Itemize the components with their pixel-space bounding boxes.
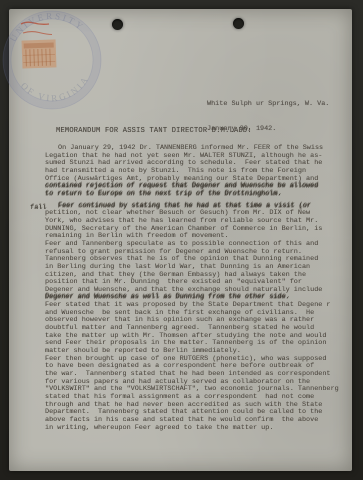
university-of-virginia-library-stamp: UNIVERSITY OF VIRGINIA: [0, 7, 109, 119]
document-line: Degener and Wuensche as well as Dunning …: [45, 294, 345, 302]
red-pencil-mark: [21, 22, 49, 24]
document-line: to return to Europe on the next trip of …: [45, 191, 345, 199]
place-line: White Sulph ur Springs, W. Va.: [207, 100, 329, 108]
memo-heading: MEMORANDUM FOR ASSIS TANT DIRECTOR D.M.L…: [56, 127, 252, 135]
stamp-outer-circle: [3, 11, 101, 109]
overstrike-artifact: fall: [30, 204, 46, 212]
scanned-document: UNIVERSITY OF VIRGINIA White Sulph ur Sp…: [0, 0, 363, 480]
svg-text:OF VIRGINIA: OF VIRGINIA: [19, 74, 91, 104]
stamp-inner-circle: [11, 19, 93, 101]
document-line: in writing, whereupon Feer agreed to tak…: [45, 425, 345, 433]
document-line: Feer continued by stating that he had at…: [45, 203, 345, 211]
red-pencil-mark: [23, 32, 52, 35]
memo-body: On January 29, 1942 Dr. TANNENBERG infor…: [45, 145, 345, 432]
punch-hole-left: [112, 19, 123, 30]
svg-text:UNIVERSITY: UNIVERSITY: [8, 11, 87, 44]
stamp-ring: [7, 15, 97, 105]
punch-hole-right: [233, 18, 244, 29]
rotunda-orange-stamp: [22, 39, 57, 68]
document-page: UNIVERSITY OF VIRGINIA White Sulph ur Sp…: [9, 9, 352, 471]
place-date-block: White Sulph ur Springs, W. Va. January 3…: [207, 84, 329, 150]
